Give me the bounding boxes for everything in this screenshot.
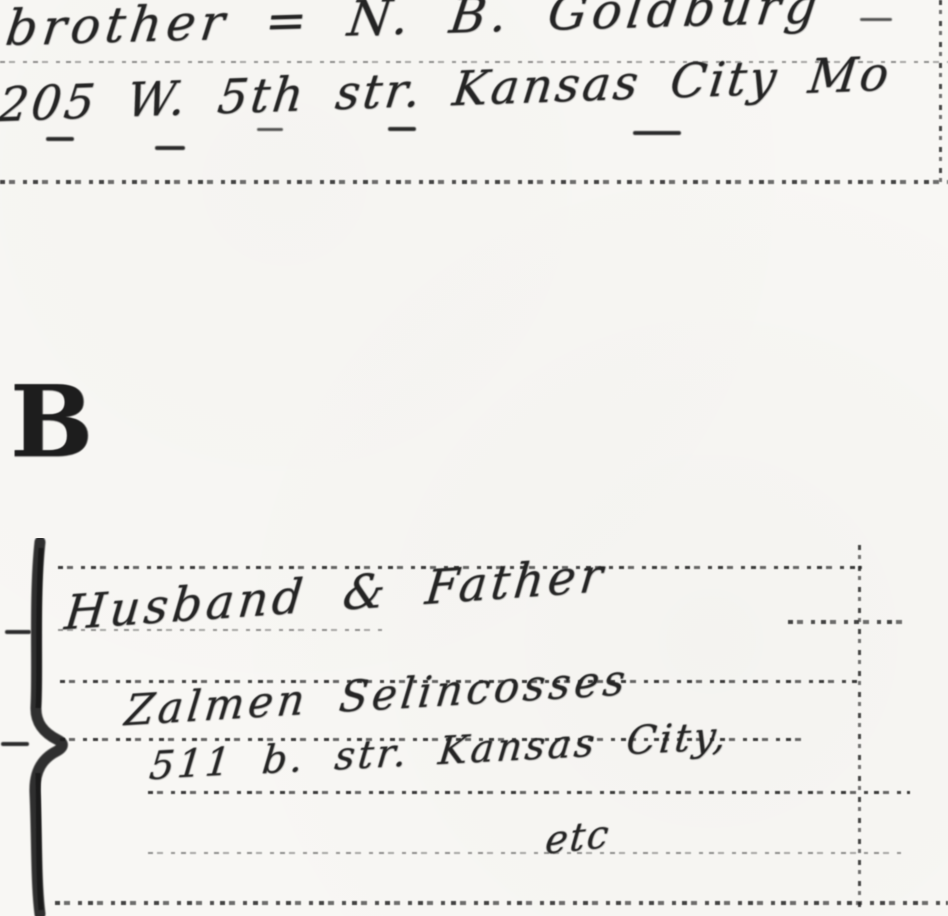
ruled-line (788, 620, 906, 624)
underline-mark (860, 18, 892, 21)
underline-mark (633, 131, 681, 135)
handwriting-etc-note: etc (543, 811, 612, 863)
underline-mark (257, 128, 283, 131)
margin-dash (5, 630, 31, 634)
handwriting-name-line: brother = N. B. Goldburg (3, 0, 826, 57)
section-letter: B (10, 374, 93, 472)
scanned-document-page: { "page": { "background_color": "#f8f7f4… (0, 0, 948, 916)
ruled-line (148, 791, 910, 794)
handwriting-address-line: 205 W. 5th str. Kansas City Mo (0, 47, 895, 133)
underline-mark (46, 137, 74, 141)
ruled-line (0, 180, 948, 184)
ruled-line (55, 901, 948, 905)
vertical-rule (939, 0, 942, 188)
ruled-line (148, 852, 905, 854)
underline-mark (388, 127, 416, 131)
handwriting-relation-line: Husband & Father (62, 548, 609, 641)
vertical-rule (858, 545, 861, 907)
underline-mark (155, 146, 185, 150)
margin-dash (1, 742, 29, 746)
